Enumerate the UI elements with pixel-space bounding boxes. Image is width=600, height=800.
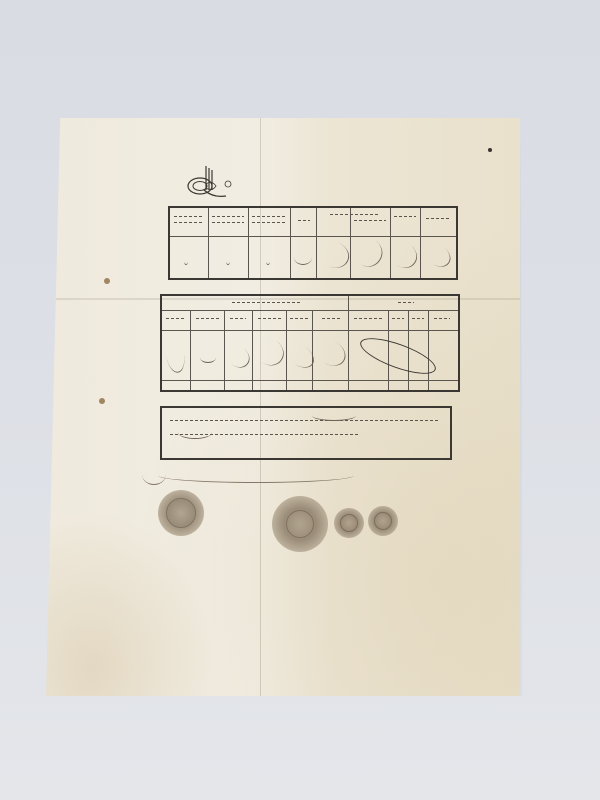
handwritten-entry <box>386 238 422 273</box>
seal-1 <box>158 490 204 536</box>
handwritten-name <box>312 410 356 421</box>
header-divider <box>170 236 456 237</box>
handwritten-annotation <box>158 468 354 483</box>
handwritten-entry <box>348 233 387 272</box>
handwritten-date <box>178 426 212 439</box>
ink-dot <box>488 148 492 152</box>
seal-2 <box>272 496 328 552</box>
handwritten-entry <box>294 250 312 265</box>
handwritten-entry <box>163 335 187 375</box>
seal-4 <box>368 506 398 536</box>
handwritten-entry <box>313 237 353 273</box>
stain-spot <box>99 398 105 404</box>
document-paper <box>46 118 520 696</box>
personal-info-table <box>168 206 458 280</box>
seal-3 <box>334 508 364 538</box>
certification-text-box <box>160 406 452 460</box>
tughra-icon <box>178 164 248 204</box>
physical-description-table <box>160 294 460 392</box>
handwritten-entry <box>421 240 455 272</box>
stain-spot <box>104 278 110 284</box>
